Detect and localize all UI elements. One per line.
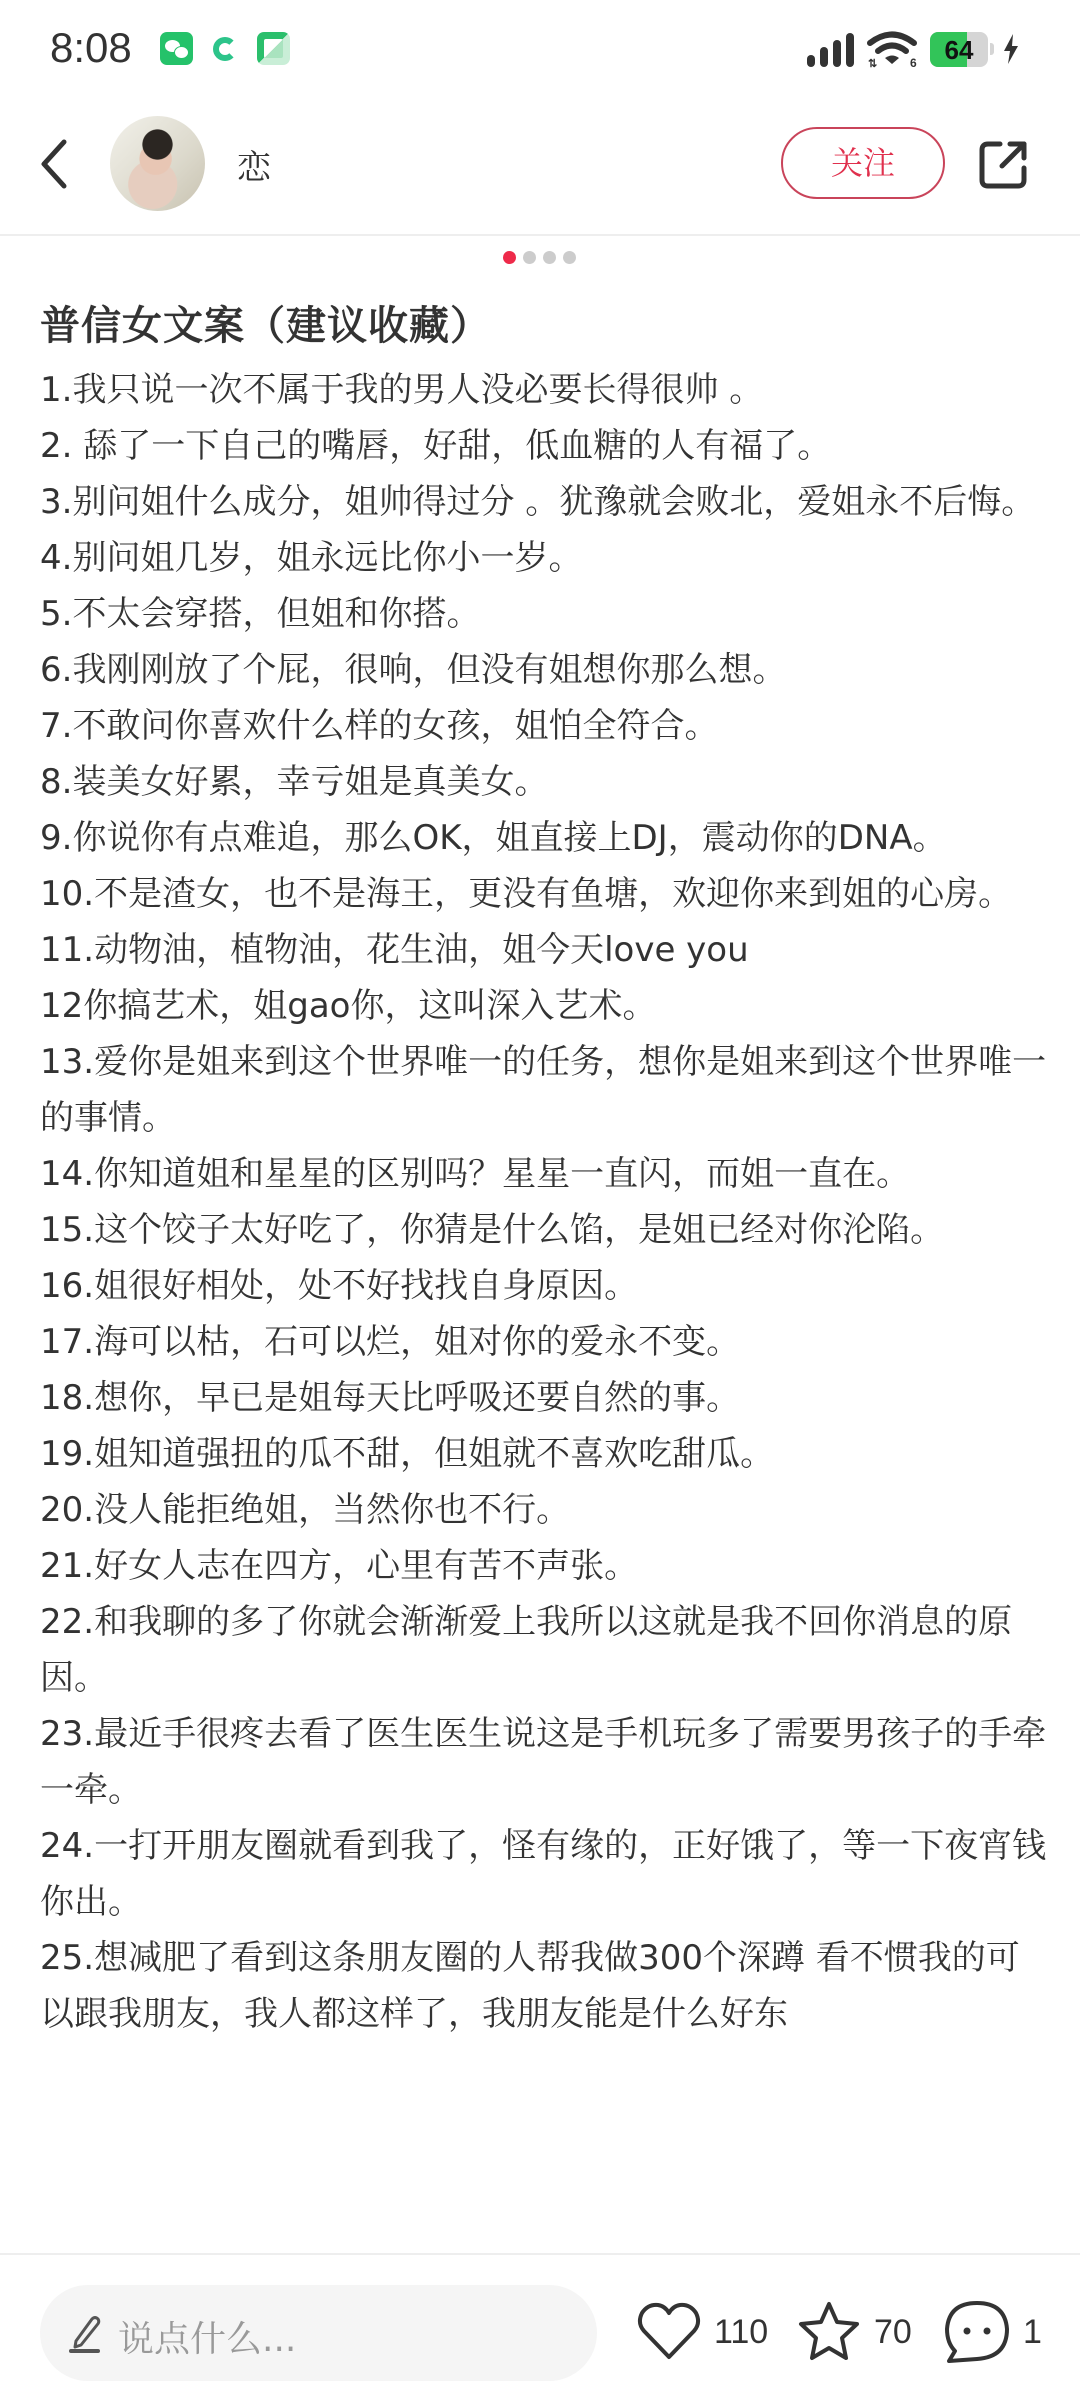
comment-input[interactable]: 说点什么...	[40, 2285, 597, 2381]
post-line: 8.装美女好累，幸亏姐是真美女。	[40, 754, 1050, 810]
pager-dot[interactable]	[563, 251, 576, 264]
wifi-icon: 6 ⇅	[866, 30, 918, 68]
svg-text:6: 6	[910, 56, 917, 68]
post-line: 10.不是渣女，也不是海王，更没有鱼塘，欢迎你来到姐的心房。	[40, 866, 1050, 922]
post-line: 9.你说你有点难追，那么OK，姐直接上DJ，震动你的DNA。	[40, 810, 1050, 866]
pager-dot-active[interactable]	[503, 251, 516, 264]
pager-dot[interactable]	[543, 251, 556, 264]
status-bar: 8:08 6 ⇅ 64	[0, 0, 1080, 96]
post-line: 18.想你，早已是姐每天比呼吸还要自然的事。	[40, 1370, 1050, 1426]
post-body: 1.我只说一次不属于我的男人没必要长得很帅 。 2. 舔了一下自己的嘴唇，好甜，…	[40, 362, 1050, 2042]
post-line: 22.和我聊的多了你就会渐渐爱上我所以这就是我不回你消息的原因。	[40, 1594, 1050, 1706]
post-line: 5.不太会穿搭，但姐和你搭。	[40, 586, 1050, 642]
post-line: 24.一打开朋友圈就看到我了，怪有缘的，正好饿了，等一下夜宵钱你出。	[40, 1818, 1050, 1930]
post-line: 13.爱你是姐来到这个世界唯一的任务，想你是姐来到这个世界唯一的事情。	[40, 1034, 1050, 1146]
author-avatar[interactable]	[110, 116, 205, 211]
sync-icon	[213, 37, 237, 61]
author-name[interactable]: 恋	[237, 140, 271, 189]
post-title: 普信女文案（建议收藏）	[40, 296, 1050, 356]
collect-button[interactable]: 70	[796, 2299, 912, 2365]
share-icon[interactable]	[978, 138, 1030, 190]
post-line: 7.不敢问你喜欢什么样的女孩，姐怕全符合。	[40, 698, 1050, 754]
post-line: 21.好女人志在四方，心里有苦不声张。	[40, 1538, 1050, 1594]
post-line: 20.没人能拒绝姐，当然你也不行。	[40, 1482, 1050, 1538]
follow-button[interactable]: 关注	[781, 127, 945, 199]
charging-bolt-icon	[1002, 34, 1020, 64]
post-line: 1.我只说一次不属于我的男人没必要长得很帅 。	[40, 362, 1050, 418]
post-line: 17.海可以枯，石可以烂，姐对你的爱永不变。	[40, 1314, 1050, 1370]
post-line: 25.想减肥了看到这条朋友圈的人帮我做300个深蹲 看不惯我的可以跟我朋友，我人…	[40, 1930, 1050, 2042]
post-line: 16.姐很好相处，处不好找找自身原因。	[40, 1258, 1050, 1314]
post-line: 14.你知道姐和星星的区别吗？星星一直闪，而姐一直在。	[40, 1146, 1050, 1202]
comment-count: 1	[1023, 2313, 1042, 2352]
comment-placeholder: 说点什么...	[118, 2311, 296, 2362]
post-line: 15.这个饺子太好吃了，你猜是什么馅，是姐已经对你沦陷。	[40, 1202, 1050, 1258]
pager-dot[interactable]	[523, 251, 536, 264]
post-line: 23.最近手很疼去看了医生医生说这是手机玩多了需要男孩子的手牵一牵。	[40, 1706, 1050, 1818]
post-line: 6.我刚刚放了个屁，很响，但没有姐想你那么想。	[40, 642, 1050, 698]
star-icon	[796, 2300, 862, 2364]
wechat-icon	[160, 32, 193, 65]
svg-text:⇅: ⇅	[868, 58, 877, 68]
comment-button[interactable]: 1	[943, 2299, 1042, 2365]
like-count: 110	[714, 2313, 768, 2352]
post-line: 12你搞艺术，姐gao你，这叫深入艺术。	[40, 978, 1050, 1034]
post-line: 2. 舔了一下自己的嘴唇，好甜，低血糖的人有福了。	[40, 418, 1050, 474]
status-time: 8:08	[50, 24, 132, 72]
back-button[interactable]	[30, 132, 76, 196]
collect-count: 70	[874, 2313, 912, 2352]
post-line: 19.姐知道强扭的瓜不甜，但姐就不喜欢吃甜瓜。	[40, 1426, 1050, 1482]
post-header: 恋 关注	[0, 96, 1080, 236]
post-content[interactable]: 普信女文案（建议收藏） 1.我只说一次不属于我的男人没必要长得很帅 。 2. 舔…	[40, 296, 1050, 2253]
notes-icon	[257, 32, 290, 65]
post-line: 11.动物油，植物油，花生油，姐今天love you	[40, 922, 1050, 978]
battery-tip	[990, 43, 994, 55]
comment-bubble-icon	[943, 2299, 1011, 2365]
heart-icon	[636, 2301, 702, 2363]
image-pager-dots	[503, 251, 576, 264]
post-line: 4.别问姐几岁，姐永远比你小一岁。	[40, 530, 1050, 586]
signal-icon	[807, 33, 855, 67]
like-button[interactable]: 110	[636, 2299, 768, 2365]
post-line: 3.别问姐什么成分，姐帅得过分 。犹豫就会败北，爱姐永不后悔。	[40, 474, 1050, 530]
battery-icon: 64	[930, 32, 988, 67]
battery-level: 64	[930, 35, 988, 66]
pen-icon	[68, 2313, 102, 2353]
bottom-action-bar: 说点什么... 110 70 1	[0, 2253, 1080, 2400]
